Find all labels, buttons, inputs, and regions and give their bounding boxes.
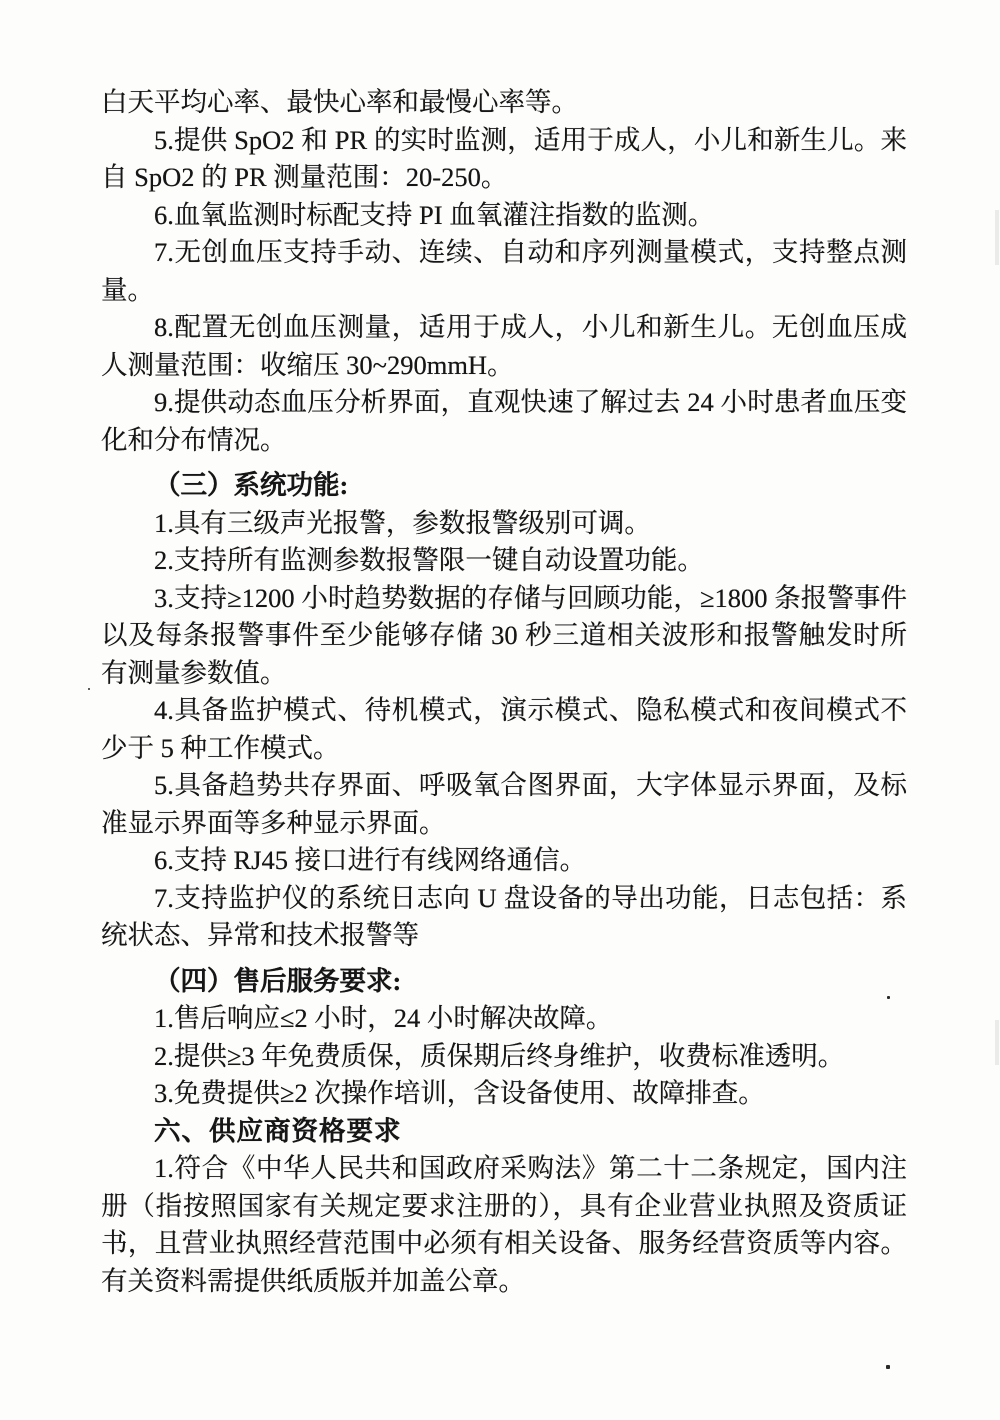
document-page: 白天平均心率、最快心率和最慢心率等。5.提供 SpO2 和 PR 的实时监测，适…: [101, 84, 907, 1300]
paragraph: 1.具有三级声光报警，参数报警级别可调。: [101, 505, 907, 543]
paragraph: 2.支持所有监测参数报警限一键自动设置功能。: [101, 542, 907, 580]
scan-speck: [886, 1365, 890, 1369]
paragraph: 7.无创血压支持手动、连续、自动和序列测量模式，支持整点测量。: [101, 234, 907, 309]
paragraph: 9.提供动态血压分析界面，直观快速了解过去 24 小时患者血压变化和分布情况。: [101, 384, 907, 459]
scan-speck: [88, 688, 90, 690]
paragraph: 6.血氧监测时标配支持 PI 血氧灌注指数的监测。: [101, 197, 907, 235]
paragraph: 2.提供≥3 年免费质保，质保期后终身维护，收费标准透明。: [101, 1038, 907, 1076]
section-heading: （三）系统功能:: [101, 467, 907, 505]
paragraph: 5.具备趋势共存界面、呼吸氧合图界面，大字体显示界面，及标准显示界面等多种显示界…: [101, 767, 907, 842]
paragraph: 1.售后响应≤2 小时，24 小时解决故障。: [101, 1000, 907, 1038]
paragraph: 8.配置无创血压测量，适用于成人，小儿和新生儿。无创血压成人测量范围：收缩压 3…: [101, 309, 907, 384]
section-heading: 六、供应商资格要求: [101, 1113, 907, 1151]
paragraph: 5.提供 SpO2 和 PR 的实时监测，适用于成人，小儿和新生儿。来自 SpO…: [101, 122, 907, 197]
scan-edge-smudge: [995, 210, 999, 265]
scan-speck: [887, 996, 890, 999]
section-heading: （四）售后服务要求:: [101, 963, 907, 1001]
paragraph: 4.具备监护模式、待机模式，演示模式、隐私模式和夜间模式不少于 5 种工作模式。: [101, 692, 907, 767]
paragraph: 3.支持≥1200 小时趋势数据的存储与回顾功能，≥1800 条报警事件以及每条…: [101, 580, 907, 693]
paragraph: 6.支持 RJ45 接口进行有线网络通信。: [101, 842, 907, 880]
paragraph: 3.免费提供≥2 次操作培训，含设备使用、故障排查。: [101, 1075, 907, 1113]
paragraph: 7.支持监护仪的系统日志向 U 盘设备的导出功能，日志包括：系统状态、异常和技术…: [101, 880, 907, 955]
scan-edge-smudge: [995, 1020, 999, 1065]
paragraph: 白天平均心率、最快心率和最慢心率等。: [101, 84, 907, 122]
paragraph: 1.符合《中华人民共和国政府采购法》第二十二条规定，国内注册（指按照国家有关规定…: [101, 1150, 907, 1300]
